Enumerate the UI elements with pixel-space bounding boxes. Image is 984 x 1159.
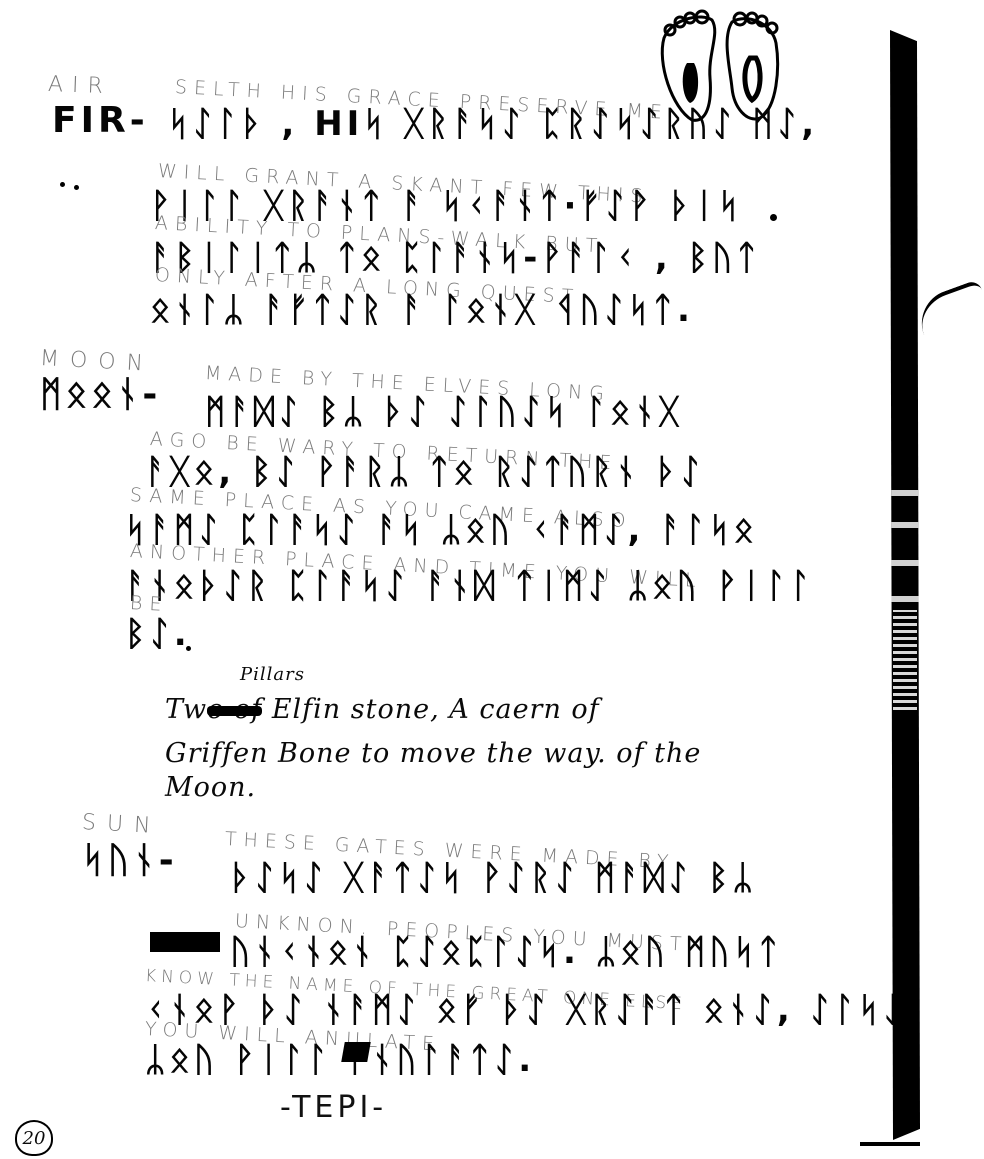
section-label-runes-moon: ᛗᛟᛟᚾ- [40, 374, 161, 415]
rune-line: ᛗᚨᛞᛇ ᛒᛦ ᚦᛇ ᛇᛚᚢᛇᛋ ᛚᛟᚾᚷ [205, 392, 683, 432]
notebook-binding [890, 30, 920, 1140]
rune-line: ᚨᚾᛟᚦᛇᚱ ᛈᛚᚨᛋᛇ ᚨᚾᛞ ᛏᛁᛗᛇ ᛦᛟᚢ ᚹᛁᛚᛚ [125, 566, 814, 606]
signature: -TEPI- [280, 1090, 387, 1125]
rune-line: ᚨᚷᛟ, ᛒᛇ ᚹᚨᚱᛦ ᛏᛟ ᚱᛇᛏᚢᚱᚾ ᚦᛇ [145, 452, 705, 492]
stray-dot [770, 214, 777, 221]
ink-scribble [150, 932, 220, 952]
section-label-runes-air: FIR- [52, 100, 149, 141]
binding-bottom-edge [860, 1142, 920, 1146]
binding-cord [912, 279, 984, 335]
binding-stripe [890, 560, 920, 566]
rune-line: ᛒᛇ. [125, 614, 191, 654]
binding-weave [893, 610, 917, 710]
crossed-out-word [207, 706, 262, 716]
scanned-page: AIR FIR- SELTH HIS GRACE PRESERVE ME ᛋᛇᛚ… [0, 0, 984, 1159]
rune-line: ᚢᚾᚲᚾᛟᚾ ᛈᛇᛟᛈᛚᛇᛋ. ᛦᛟᚢ ᛗᚢᛋᛏ [230, 932, 782, 972]
rune-line: ᛟᚾᛚᛦ ᚨᚠᛏᛇᚱ ᚨ ᛚᛟᚾᚷ ᛩᚢᛇᛋᛏ. [150, 290, 694, 330]
binding-stripe [890, 490, 920, 496]
note-line: Griffen Bone to move the way. of the [165, 738, 701, 769]
stray-dot [74, 185, 79, 190]
section-label-gloss-air: AIR [48, 72, 113, 99]
note-line: Moon. [165, 772, 256, 803]
section-label-gloss-moon: MOON [39, 346, 154, 377]
ink-blot [341, 1042, 371, 1062]
note-insert: Pillars [240, 664, 305, 685]
section-label-gloss-sun: SUN [81, 810, 162, 839]
rune-line: ᛦᛟᚢ ᚹᛁᛚᛚ ᚨᚾᚢᛚᚨᛏᛇ. [145, 1040, 535, 1080]
stray-dot [60, 182, 65, 187]
gloss-line: BE [129, 592, 169, 616]
stray-dot [186, 646, 191, 651]
rune-line: ᛋᛇᛚᚦ , HIᛋ ᚷᚱᚨᛋᛇ ᛈᚱᛇᛋᛇᚱᚢᛇ ᛗᛇ, [168, 104, 818, 144]
binding-stripe [890, 596, 920, 602]
binding-stripe [890, 522, 920, 528]
rune-line: ᚦᛇᛋᛇ ᚷᚨᛏᛇᛋ ᚹᛇᚱᛇ ᛗᚨᛞᛇ ᛒᛦ [230, 858, 757, 898]
section-label-runes-sun: ᛋᚢᚾ- [82, 840, 178, 881]
page-number-badge: 20 [15, 1120, 53, 1156]
